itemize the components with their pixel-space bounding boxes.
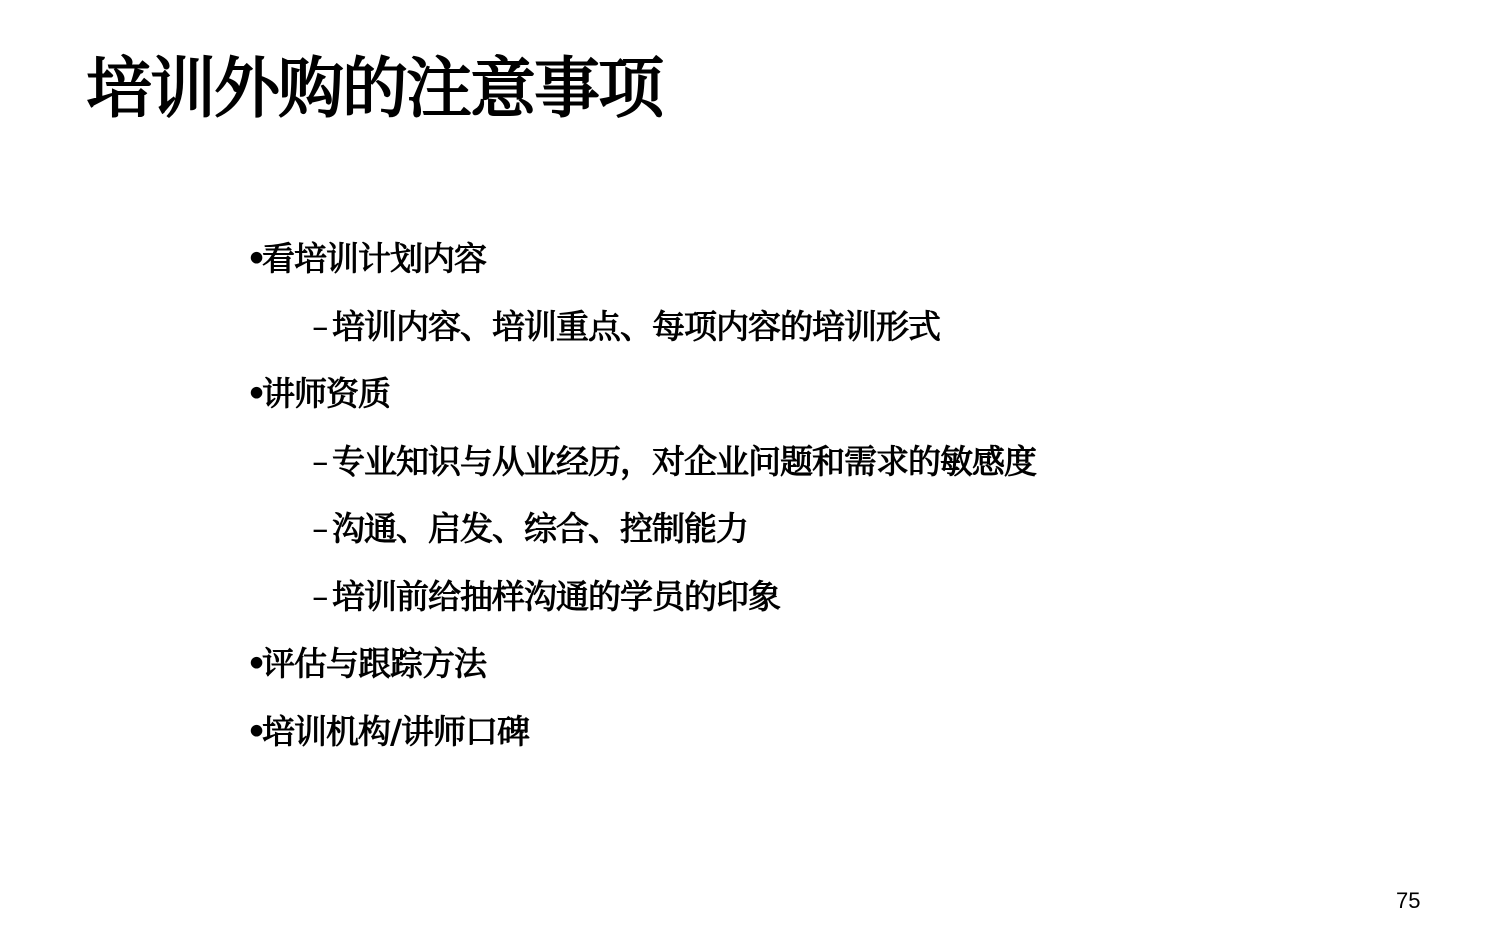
dash-marker: – — [312, 570, 332, 624]
sub-bullet-text: 培训内容、培训重点、每项内容的培训形式 — [332, 307, 940, 346]
bullet-text: 讲师资质 — [262, 374, 390, 413]
page-number: 75 — [1396, 886, 1420, 916]
bullet-item: •讲师资质 — [246, 367, 1036, 435]
sub-bullet-text: 专业知识与从业经历，对企业问题和需求的敏感度 — [332, 442, 1036, 481]
sub-bullet-item: –培训内容、培训重点、每项内容的培训形式 — [246, 300, 1036, 368]
sub-bullet-text: 沟通、启发、综合、控制能力 — [332, 509, 748, 548]
dash-marker: – — [312, 502, 332, 556]
sub-bullet-text: 培训前给抽样沟通的学员的印象 — [332, 577, 780, 616]
slide-title: 培训外购的注意事项 — [86, 46, 662, 132]
bullet-text: 评估与跟踪方法 — [262, 644, 486, 683]
bullet-item: •培训机构/讲师口碑 — [246, 705, 1036, 773]
bullet-item: •评估与跟踪方法 — [246, 637, 1036, 705]
bullet-list: •看培训计划内容 –培训内容、培训重点、每项内容的培训形式 •讲师资质 –专业知… — [246, 232, 1036, 772]
sub-bullet-item: –沟通、启发、综合、控制能力 — [246, 502, 1036, 570]
bullet-marker: • — [246, 705, 262, 759]
bullet-text: 培训机构/讲师口碑 — [262, 712, 529, 751]
bullet-item: •看培训计划内容 — [246, 232, 1036, 300]
bullet-text: 看培训计划内容 — [262, 239, 486, 278]
sub-bullet-item: –培训前给抽样沟通的学员的印象 — [246, 570, 1036, 638]
dash-marker: – — [312, 300, 332, 354]
bullet-marker: • — [246, 367, 262, 421]
bullet-marker: • — [246, 232, 262, 286]
dash-marker: – — [312, 435, 332, 489]
bullet-marker: • — [246, 637, 262, 691]
sub-bullet-item: –专业知识与从业经历，对企业问题和需求的敏感度 — [246, 435, 1036, 503]
